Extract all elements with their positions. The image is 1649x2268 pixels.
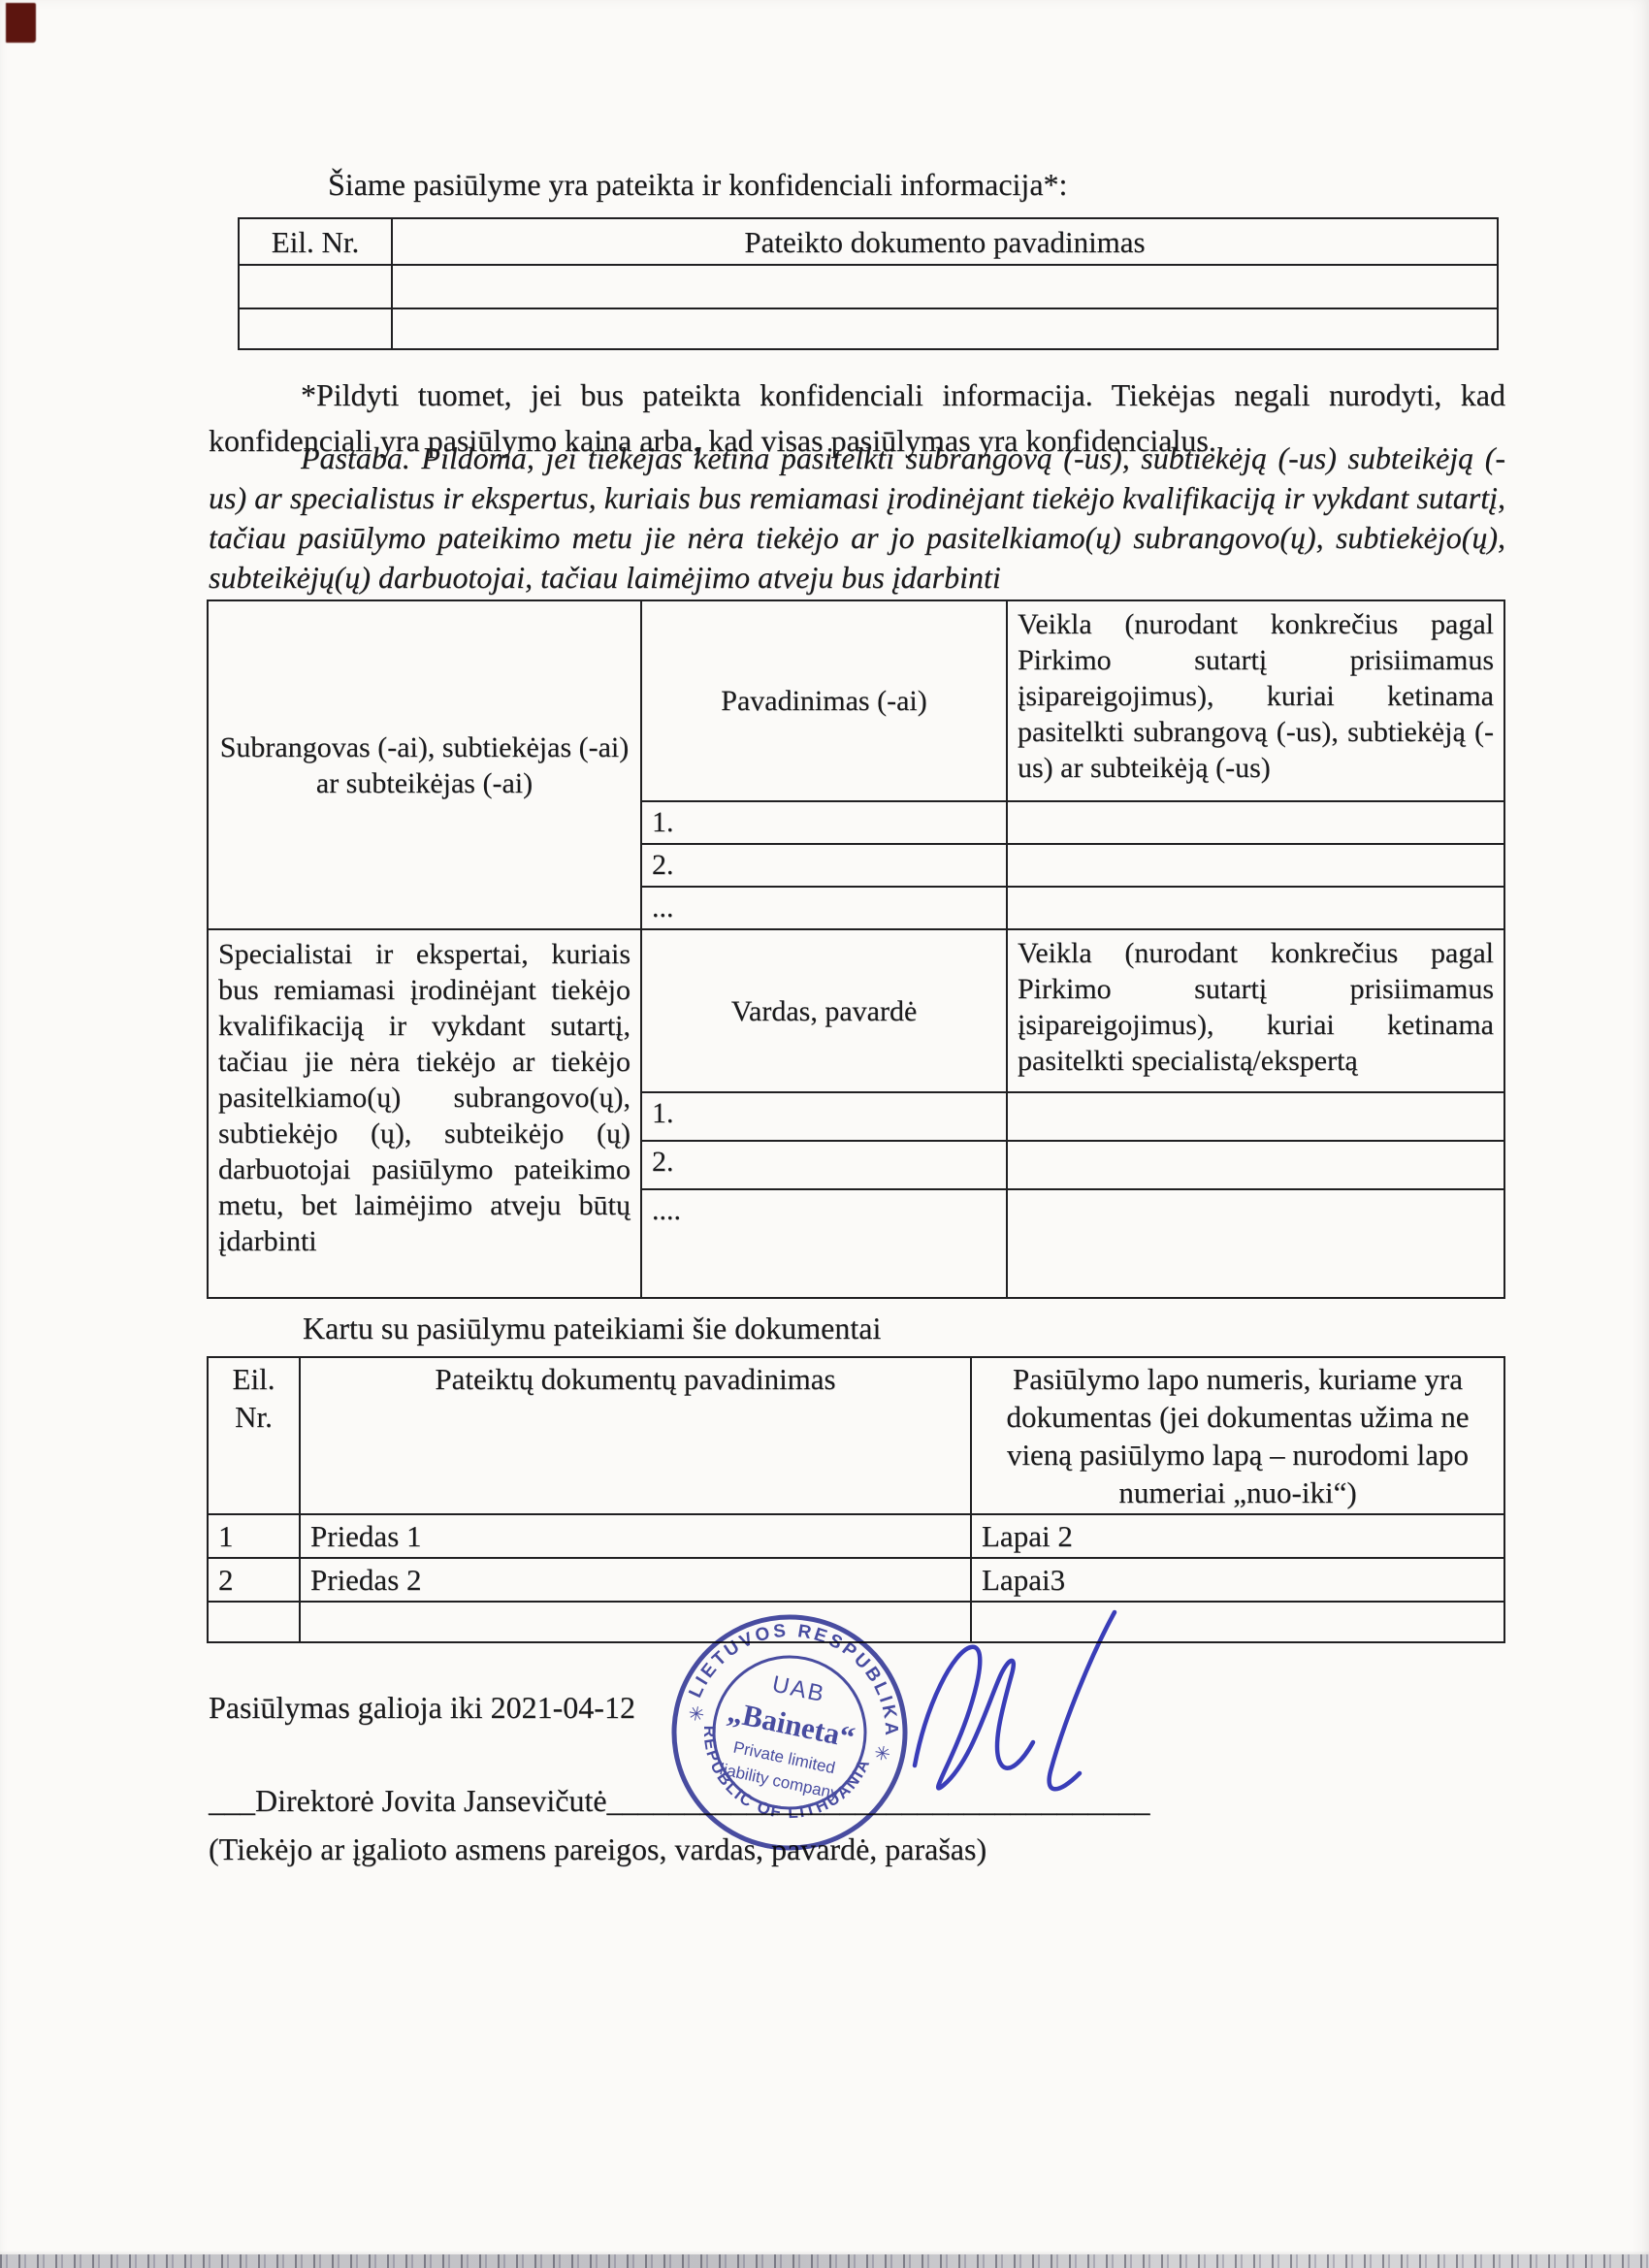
signatory-prefix-underscore: ___ (209, 1783, 255, 1818)
scan-corner-artifact (6, 3, 36, 43)
confidential-section-title: Šiame pasiūlyme yra pateikta ir konfiden… (328, 167, 1067, 203)
company-stamp: LIETUVOS RESPUBLIKA REPUBLIC OF LITHUANI… (666, 1609, 913, 1856)
table-cell (1007, 844, 1504, 887)
column-header-eil-nr: Eil. Nr. (239, 218, 392, 265)
scanned-document-page: Šiame pasiūlyme yra pateikta ir konfiden… (0, 0, 1649, 2268)
table-cell (1007, 801, 1504, 844)
table-row: Subrangovas (-ai), subtiekėjas (-ai) ar … (208, 600, 1504, 801)
handwritten-signature (878, 1603, 1179, 1821)
table-row: Specialistai ir ekspertai, kuriais bus r… (208, 929, 1504, 1092)
table-cell-number: 1. (641, 801, 1007, 844)
table-cell (239, 308, 392, 349)
column-header-document-name: Pateiktų dokumentų pavadinimas (300, 1357, 971, 1514)
column-header-page-number: Pasiūlymo lapo numeris, kuriame yra doku… (971, 1357, 1504, 1514)
signature-stroke-tail (1050, 1612, 1115, 1789)
table-cell-number: 2. (641, 844, 1007, 887)
table-header-row: Eil. Nr. Pateikto dokumento pavadinimas (239, 218, 1498, 265)
offer-validity-line: Pasiūlymas galioja iki 2021-04-12 (209, 1690, 635, 1726)
signatory-name: Direktorė Jovita Jansevičutė (255, 1783, 607, 1818)
documents-section-heading: Kartu su pasiūlymu pateikiami šie dokume… (303, 1311, 881, 1346)
table-cell: Lapai 2 (971, 1514, 1504, 1558)
attached-documents-table: Eil. Nr. Pateiktų dokumentų pavadinimas … (207, 1356, 1505, 1643)
confidential-info-table: Eil. Nr. Pateikto dokumento pavadinimas (238, 217, 1499, 350)
table-cell: Priedas 2 (300, 1558, 971, 1602)
column-header-eil-nr: Eil. Nr. (208, 1357, 300, 1514)
table-cell (392, 265, 1498, 308)
cell-fullname-header: Vardas, pavardė (641, 929, 1007, 1092)
table-cell (1007, 1141, 1504, 1189)
table-cell: Lapai3 (971, 1558, 1504, 1602)
cell-subcontractor-label: Subrangovas (-ai), subtiekėjas (-ai) ar … (208, 600, 641, 929)
subcontractors-table: Subrangovas (-ai), subtiekėjas (-ai) ar … (207, 599, 1505, 1299)
table-row (239, 308, 1498, 349)
scanner-edge-artifact (0, 2254, 1649, 2268)
pastaba-note: Pastaba. Pildoma, jei tiekėjas ketina pa… (209, 438, 1505, 598)
table-cell (1007, 1092, 1504, 1141)
stamp-company-type: UAB (770, 1671, 828, 1708)
table-cell-number: .... (641, 1189, 1007, 1298)
table-row: 2 Priedas 2 Lapai3 (208, 1558, 1504, 1602)
cell-specialists-label: Specialistai ir ekspertai, kuriais bus r… (208, 929, 641, 1298)
table-header-row: Eil. Nr. Pateiktų dokumentų pavadinimas … (208, 1357, 1504, 1514)
table-row (239, 265, 1498, 308)
table-cell-number: ... (641, 887, 1007, 929)
table-cell (239, 265, 392, 308)
cell-activity-header-2: Veikla (nurodant konkrečius pagal Pirkim… (1007, 929, 1504, 1092)
table-cell-number: 2. (641, 1141, 1007, 1189)
table-cell: 1 (208, 1514, 300, 1558)
table-cell (1007, 887, 1504, 929)
table-cell (392, 308, 1498, 349)
table-row: 1 Priedas 1 Lapai 2 (208, 1514, 1504, 1558)
cell-name-header: Pavadinimas (-ai) (641, 600, 1007, 801)
table-cell-number: 1. (641, 1092, 1007, 1141)
column-header-document-name: Pateikto dokumento pavadinimas (392, 218, 1498, 265)
table-cell (1007, 1189, 1504, 1298)
cell-activity-header: Veikla (nurodant konkrečius pagal Pirkim… (1007, 600, 1504, 801)
table-cell (208, 1602, 300, 1642)
table-cell: 2 (208, 1558, 300, 1602)
stamp-star-left-icon: ✳ (686, 1702, 706, 1727)
signature-stroke-main (915, 1647, 1033, 1788)
table-cell: Priedas 1 (300, 1514, 971, 1558)
